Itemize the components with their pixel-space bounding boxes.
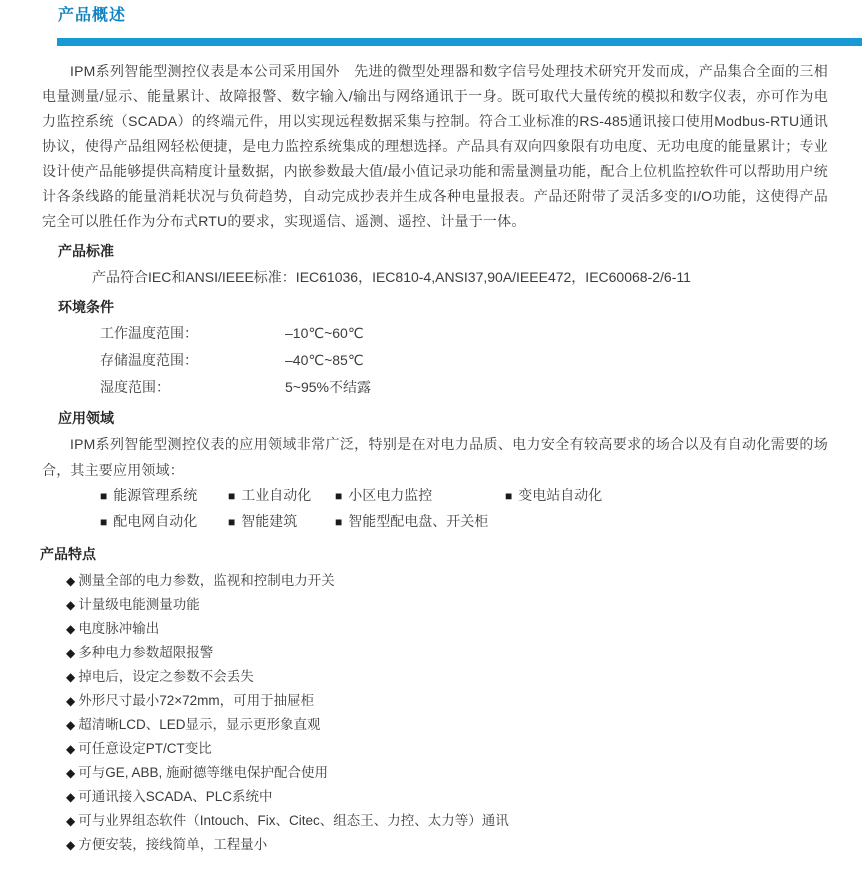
env-row: 工作温度范围：–10℃~60℃	[100, 320, 862, 347]
application-label: 能源管理系统	[113, 487, 197, 503]
square-bullet-icon: ■	[505, 489, 512, 503]
application-label: 智能建筑	[241, 513, 297, 529]
diamond-bullet-icon: ◆	[66, 646, 75, 660]
application-item: ■变电站自动化	[505, 483, 602, 509]
feature-item: ◆方便安装，接线简单，工程量小	[66, 833, 862, 857]
application-item: ■智能型配电盘、开关柜	[335, 509, 488, 535]
feature-item: ◆外形尺寸最小72×72mm，可用于抽屉柜	[66, 689, 862, 713]
page-title: 产品概述	[58, 5, 862, 27]
application-label: 工业自动化	[241, 487, 311, 503]
diamond-bullet-icon: ◆	[66, 598, 75, 612]
feature-text: 电度脉冲输出	[78, 621, 159, 636]
feature-text: 方便安装，接线简单，工程量小	[78, 837, 267, 852]
feature-text: 外形尺寸最小72×72mm，可用于抽屉柜	[78, 693, 314, 708]
feature-item: ◆可通讯接入SCADA、PLC系统中	[66, 785, 862, 809]
application-label: 小区电力监控	[348, 487, 432, 503]
diamond-bullet-icon: ◆	[66, 622, 75, 636]
env-value: –10℃~60℃	[285, 320, 364, 347]
application-label: 变电站自动化	[518, 487, 602, 503]
square-bullet-icon: ■	[335, 489, 342, 503]
feature-text: 计量级电能测量功能	[78, 597, 200, 612]
feature-text: 可任意设定PT/CT变比	[78, 741, 212, 756]
env-row: 存储温度范围：–40℃~85℃	[100, 347, 862, 374]
application-item: ■工业自动化	[228, 483, 335, 509]
feature-text: 掉电后，设定之参数不会丢失	[78, 669, 254, 684]
feature-item: ◆超清晰LCD、LED显示，显示更形象直观	[66, 713, 862, 737]
square-bullet-icon: ■	[100, 515, 107, 529]
diamond-bullet-icon: ◆	[66, 742, 75, 756]
application-label: 配电网自动化	[113, 513, 197, 529]
feature-item: ◆可与业界组态软件（Intouch、Fix、Citec、组态王、力控、太力等）通…	[66, 809, 862, 833]
diamond-bullet-icon: ◆	[66, 790, 75, 804]
feature-item: ◆掉电后，设定之参数不会丢失	[66, 665, 862, 689]
application-item: ■小区电力监控	[335, 483, 505, 509]
feature-item: ◆多种电力参数超限报警	[66, 641, 862, 665]
env-value: –40℃~85℃	[285, 347, 364, 374]
square-bullet-icon: ■	[228, 515, 235, 529]
diamond-bullet-icon: ◆	[66, 718, 75, 732]
square-bullet-icon: ■	[228, 489, 235, 503]
feature-item: ◆测量全部的电力参数，监视和控制电力开关	[66, 569, 862, 593]
square-bullet-icon: ■	[100, 489, 107, 503]
env-label: 湿度范围：	[100, 374, 285, 401]
diamond-bullet-icon: ◆	[66, 670, 75, 684]
document-page: 产品概述 IPM系列智能型测控仪表是本公司采用国外 先进的微型处理器和数字信号处…	[0, 5, 862, 894]
square-bullet-icon: ■	[335, 515, 342, 529]
feature-text: 可与业界组态软件（Intouch、Fix、Citec、组态王、力控、太力等）通讯	[78, 813, 509, 828]
env-label: 存储温度范围：	[100, 347, 285, 374]
feature-item: ◆可任意设定PT/CT变比	[66, 737, 862, 761]
diamond-bullet-icon: ◆	[66, 694, 75, 708]
section-heading-environment: 环境条件	[58, 294, 862, 320]
accent-divider-bar	[57, 38, 862, 46]
application-label: 智能型配电盘、开关柜	[348, 513, 488, 529]
environment-rows: 工作温度范围：–10℃~60℃ 存储温度范围：–40℃~85℃ 湿度范围：5~9…	[100, 320, 862, 401]
standards-text: 产品符合IEC和ANSI/IEEE标准：IEC61036，IEC810-4,AN…	[92, 264, 862, 290]
env-value: 5~95%不结露	[285, 374, 371, 401]
diamond-bullet-icon: ◆	[66, 574, 75, 588]
feature-text: 测量全部的电力参数，监视和控制电力开关	[78, 573, 335, 588]
feature-text: 可通讯接入SCADA、PLC系统中	[78, 789, 272, 804]
feature-item: ◆可与GE, ABB, 施耐德等继电保护配合使用	[66, 761, 862, 785]
diamond-bullet-icon: ◆	[66, 838, 75, 852]
feature-text: 可与GE, ABB, 施耐德等继电保护配合使用	[78, 765, 328, 780]
feature-text: 多种电力参数超限报警	[78, 645, 213, 660]
section-heading-features: 产品特点	[40, 541, 862, 567]
section-heading-applications: 应用领域	[58, 405, 862, 431]
feature-text: 超清晰LCD、LED显示，显示更形象直观	[78, 717, 320, 732]
diamond-bullet-icon: ◆	[66, 766, 75, 780]
feature-item: ◆电度脉冲输出	[66, 617, 862, 641]
intro-paragraph: IPM系列智能型测控仪表是本公司采用国外 先进的微型处理器和数字信号处理技术研究…	[42, 59, 828, 234]
diamond-bullet-icon: ◆	[66, 814, 75, 828]
feature-item: ◆计量级电能测量功能	[66, 593, 862, 617]
applications-intro: IPM系列智能型测控仪表的应用领域非常广泛，特别是在对电力品质、电力安全有较高要…	[42, 431, 828, 483]
env-row: 湿度范围：5~95%不结露	[100, 374, 862, 401]
application-item: ■配电网自动化	[100, 509, 228, 535]
applications-row-1: ■能源管理系统■工业自动化■小区电力监控■变电站自动化	[100, 483, 862, 509]
application-item: ■能源管理系统	[100, 483, 228, 509]
applications-row-2: ■配电网自动化■智能建筑■智能型配电盘、开关柜	[100, 509, 862, 535]
section-heading-standards: 产品标准	[58, 238, 862, 264]
env-label: 工作温度范围：	[100, 320, 285, 347]
application-item: ■智能建筑	[228, 509, 335, 535]
feature-list: ◆测量全部的电力参数，监视和控制电力开关 ◆计量级电能测量功能 ◆电度脉冲输出 …	[66, 569, 862, 857]
